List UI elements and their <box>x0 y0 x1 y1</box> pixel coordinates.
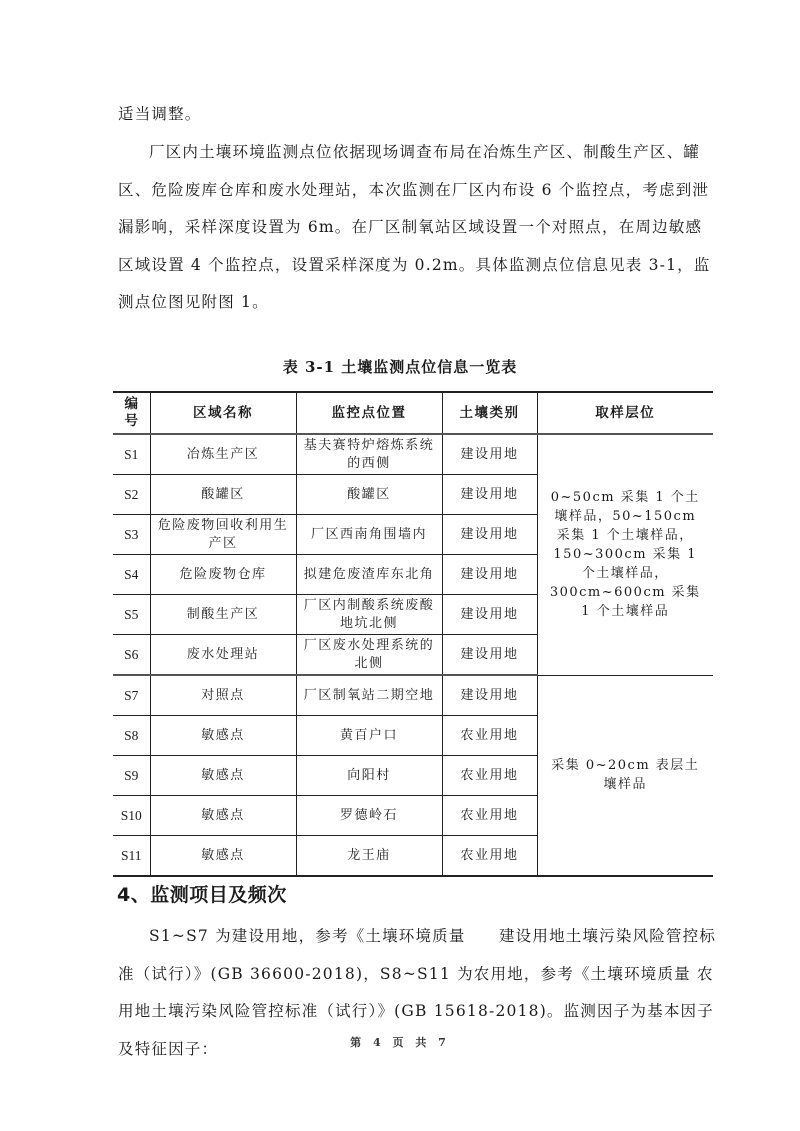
cell-id: S4 <box>113 555 150 595</box>
cell-id: S8 <box>113 716 150 756</box>
cell-area: 对照点 <box>150 675 296 716</box>
cell-soil: 农业用地 <box>442 836 537 877</box>
cell-area: 冶炼生产区 <box>150 434 296 475</box>
header-area: 区域名称 <box>150 392 296 434</box>
cell-id: S2 <box>113 475 150 515</box>
cell-area: 酸罐区 <box>150 475 296 515</box>
cell-location: 厂区西南角围墙内 <box>296 515 442 555</box>
cell-soil: 建设用地 <box>442 675 537 716</box>
cell-soil: 农业用地 <box>442 716 537 756</box>
cell-soil: 农业用地 <box>442 796 537 836</box>
cell-area: 制酸生产区 <box>150 595 296 635</box>
cell-id: S3 <box>113 515 150 555</box>
cell-location: 罗德岭石 <box>296 796 442 836</box>
header-location: 监控点位置 <box>296 392 442 434</box>
header-sampling: 取样层位 <box>537 392 713 434</box>
cell-area: 敏感点 <box>150 796 296 836</box>
cell-area: 危险废物回收利用生产区 <box>150 515 296 555</box>
cell-soil: 农业用地 <box>442 756 537 796</box>
cell-sampling-group1: 0~50cm 采集 1 个土壤样品，50~150cm 采集 1 个土壤样品，15… <box>537 434 713 675</box>
cell-id: S6 <box>113 635 150 676</box>
cell-id: S7 <box>113 675 150 716</box>
cell-location: 厂区制氧站二期空地 <box>296 675 442 716</box>
cell-area: 危险废物仓库 <box>150 555 296 595</box>
cell-id: S10 <box>113 796 150 836</box>
cell-id: S1 <box>113 434 150 475</box>
cell-id: S11 <box>113 836 150 877</box>
cell-soil: 建设用地 <box>442 595 537 635</box>
cell-location: 拟建危废渣库东北角 <box>296 555 442 595</box>
cell-area: 敏感点 <box>150 836 296 877</box>
soil-monitoring-table: 编号 区域名称 监控点位置 土壤类别 取样层位 S1 冶炼生产区 基夫赛特炉熔炼… <box>113 391 713 877</box>
header-soil-type: 土壤类别 <box>442 392 537 434</box>
header-id: 编号 <box>113 392 150 434</box>
cell-soil: 建设用地 <box>442 635 537 676</box>
cell-location: 厂区内制酸系统废酸地坑北侧 <box>296 595 442 635</box>
cell-id: S9 <box>113 756 150 796</box>
cell-location: 厂区废水处理系统的北侧 <box>296 635 442 676</box>
table-header-row: 编号 区域名称 监控点位置 土壤类别 取样层位 <box>113 392 713 434</box>
page-number: 第 4 页 共 7 <box>0 1034 800 1050</box>
cell-area: 敏感点 <box>150 756 296 796</box>
paragraph-monitoring-layout: 厂区内土壤环境监测点位依据现场调查布局在冶炼生产区、制酸生产区、罐区、危险废库仓… <box>118 134 718 322</box>
cell-area: 废水处理站 <box>150 635 296 676</box>
cell-location: 酸罐区 <box>296 475 442 515</box>
table-caption: 表 3-1 土壤监测点位信息一览表 <box>0 356 800 377</box>
cell-location: 向阳村 <box>296 756 442 796</box>
cell-location: 黄百户口 <box>296 716 442 756</box>
cell-location: 基夫赛特炉熔炼系统的西侧 <box>296 434 442 475</box>
cell-location: 龙王庙 <box>296 836 442 877</box>
table-row: S1 冶炼生产区 基夫赛特炉熔炼系统的西侧 建设用地 0~50cm 采集 1 个… <box>113 434 713 475</box>
section-heading: 4、监测项目及频次 <box>117 880 287 907</box>
cell-area: 敏感点 <box>150 716 296 756</box>
paragraph-continuation: 适当调整。 <box>118 96 718 134</box>
cell-soil: 建设用地 <box>442 555 537 595</box>
cell-sampling-group2: 采集 0~20cm 表层土壤样品 <box>537 675 713 876</box>
table-row: S7 对照点 厂区制氧站二期空地 建设用地 采集 0~20cm 表层土壤样品 <box>113 675 713 716</box>
cell-id: S5 <box>113 595 150 635</box>
cell-soil: 建设用地 <box>442 434 537 475</box>
cell-soil: 建设用地 <box>442 475 537 515</box>
cell-soil: 建设用地 <box>442 515 537 555</box>
